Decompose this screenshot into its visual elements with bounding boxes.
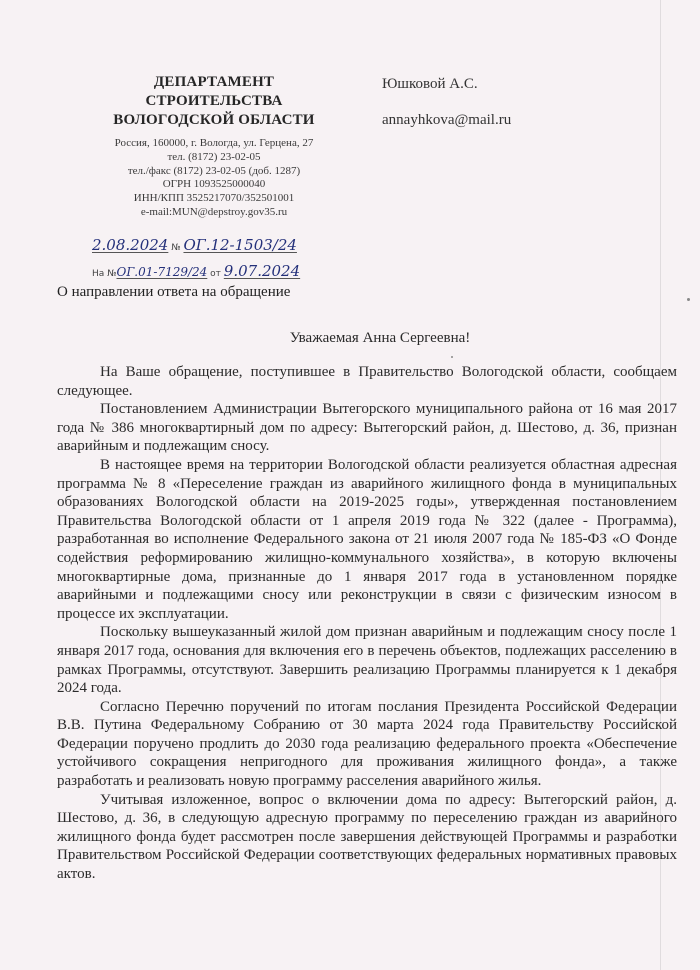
letter-page: ДЕПАРТАМЕНТ СТРОИТЕЛЬСТВА ВОЛОГОДСКОЙ ОБ… [0,0,700,970]
paragraph: Поскольку вышеуказанный жилой дом призна… [57,623,677,697]
email: e-mail:MUN@depstroy.gov35.ru [88,206,340,220]
incoming-reference: На №ОГ.01-7129/24 от 9.07.2024 [92,262,300,280]
ogrn: ОГРН 1093525000040 [88,178,340,192]
recipient-email: annayhkova@mail.ru [382,112,511,129]
fax: тел./факс (8172) 23-02-05 (доб. 1287) [88,165,340,179]
inn-kpp: ИНН/КПП 3525217070/352501001 [88,192,340,206]
paragraph: Учитывая изложенное, вопрос о включении … [57,791,677,884]
paragraph: Постановлением Администрации Вытегорског… [57,400,677,456]
letterhead: ДЕПАРТАМЕНТ СТРОИТЕЛЬСТВА ВОЛОГОДСКОЙ ОБ… [88,73,340,220]
reference-date: 9.07.2024 [224,262,300,280]
paragraph: На Ваше обращение, поступившее в Правите… [57,363,677,400]
letter-subject: О направлении ответа на обращение [57,284,290,301]
paragraph: В настоящее время на территории Вологодс… [57,456,677,623]
recipient-block: Юшковой А.С. annayhkova@mail.ru [382,76,511,129]
recipient-name: Юшковой А.С. [382,76,511,93]
greeting: Уважаемая Анна Сергеевна! [0,330,700,347]
outgoing-date: 2.08.2024 [92,236,168,254]
phone: тел. (8172) 23-02-05 [88,151,340,165]
reference-number: ОГ.01-7129/24 [117,265,208,279]
scan-speck [687,298,690,301]
department-name: ДЕПАРТАМЕНТ СТРОИТЕЛЬСТВА ВОЛОГОДСКОЙ ОБ… [88,73,340,130]
outgoing-number: ОГ.12-1503/24 [183,236,296,254]
letter-body: На Ваше обращение, поступившее в Правите… [57,363,677,884]
department-contacts: Россия, 160000, г. Вологда, ул. Герцена,… [88,137,340,220]
scan-speck [451,356,453,358]
paragraph: Согласно Перечню поручений по итогам пос… [57,698,677,791]
address: Россия, 160000, г. Вологда, ул. Герцена,… [88,137,340,151]
outgoing-registration: 2.08.2024 № ОГ.12-1503/24 [92,236,297,254]
